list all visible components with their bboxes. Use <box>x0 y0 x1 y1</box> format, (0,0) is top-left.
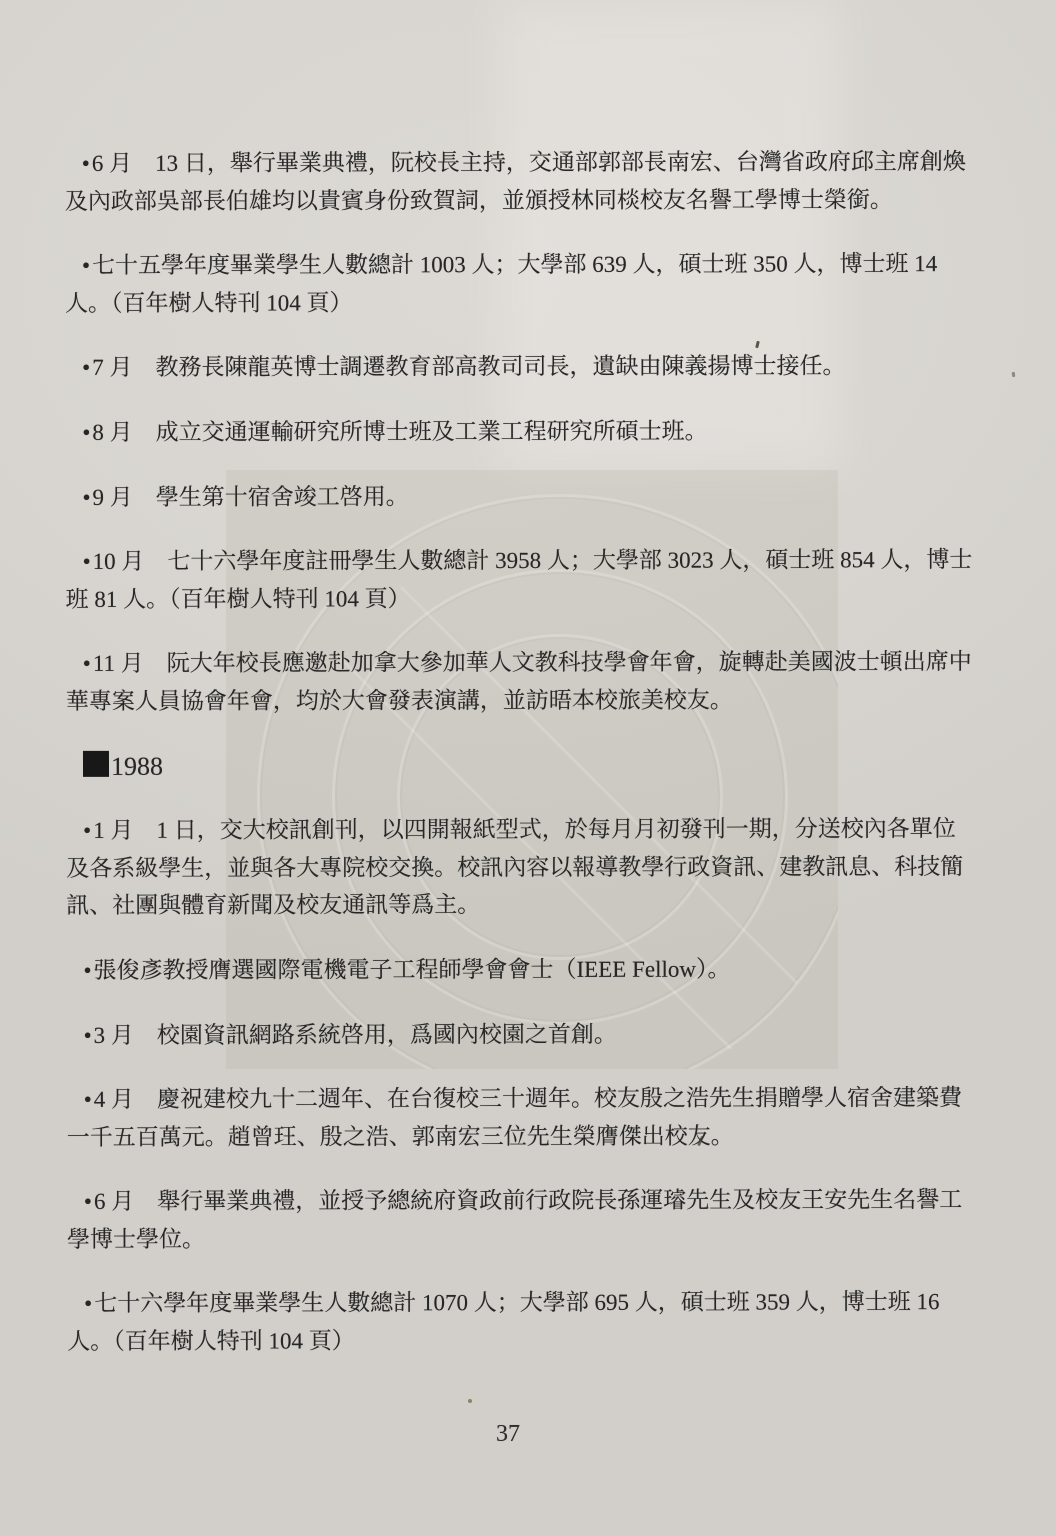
scan-speck <box>468 1399 472 1403</box>
bullet-marker-icon: • <box>83 651 91 676</box>
entry-text: 七十六學年度畢業學生人數總計 1070 人；大學部 695 人，碩士班 359 … <box>67 1290 939 1354</box>
bullet-marker-icon: • <box>83 958 91 983</box>
bullet-marker-icon: • <box>82 484 90 509</box>
page-number: 37 <box>458 1421 558 1448</box>
bullet-marker-icon: • <box>82 151 90 176</box>
chronology-entry: •6 月 13 日，舉行畢業典禮，阮校長主持，交通部郭部長南宏、台灣省政府邱主席… <box>65 143 973 220</box>
bullet-marker-icon: • <box>82 355 90 380</box>
chronology-entry: •4 月 慶祝建校九十二週年、在台復校三十週年。校友殷之浩先生捐贈學人宿舍建築費… <box>67 1079 975 1156</box>
chronology-entry: •七十六學年度畢業學生人數總計 1070 人；大學部 695 人，碩士班 359… <box>67 1284 975 1361</box>
bullet-marker-icon: • <box>84 1291 92 1316</box>
year-heading: 1988 <box>66 746 974 785</box>
bullet-marker-icon: • <box>83 818 91 843</box>
entry-text: 七十五學年度畢業學生人數總計 1003 人；大學部 639 人，碩士班 350 … <box>65 251 937 315</box>
bullet-marker-icon: • <box>84 1189 92 1214</box>
chronology-entry: •11 月 阮大年校長應邀赴加拿大參加華人文教科技學會年會，旋轉赴美國波士頓出席… <box>66 643 974 720</box>
entry-text: 10 月 七十六學年度註冊學生人數總計 3958 人；大學部 3023 人，碩士… <box>66 547 973 611</box>
bullet-marker-icon: • <box>84 1087 92 1112</box>
bullet-marker-icon: • <box>82 420 90 445</box>
bullet-marker-icon: • <box>83 549 91 574</box>
chronology-entry: •七十五學年度畢業學生人數總計 1003 人；大學部 639 人，碩士班 350… <box>65 245 973 322</box>
entry-text: 8 月 成立交通運輸研究所博士班及工業工程研究所碩士班。 <box>92 419 707 445</box>
chronology-entry: •1 月 1 日，交大校訊創刊，以四開報紙型式，於每月月初發刊一期，分送校內各單… <box>66 810 974 925</box>
chronology-text: •6 月 13 日，舉行畢業典禮，阮校長主持，交通部郭部長南宏、台灣省政府邱主席… <box>65 143 976 1388</box>
entry-text: 6 月 舉行畢業典禮，並授予總統府資政前行政院長孫運璿先生及校友王安先生名譽工學… <box>67 1187 962 1251</box>
scan-speck <box>1012 372 1016 377</box>
chronology-entry: •10 月 七十六學年度註冊學生人數總計 3958 人；大學部 3023 人，碩… <box>66 541 974 618</box>
chronology-entry: •7 月 教務長陳龍英博士調遷教育部高教司司長，遺缺由陳義揚博士接任。 <box>65 347 973 386</box>
bullet-marker-icon: • <box>84 1022 92 1047</box>
bullet-marker-icon: • <box>82 253 90 278</box>
chronology-entry: •8 月 成立交通運輸研究所博士班及工業工程研究所碩士班。 <box>65 412 973 451</box>
chronology-entry: •3 月 校園資訊網路系統啓用，爲國內校園之首創。 <box>67 1015 975 1054</box>
entry-text: 7 月 教務長陳龍英博士調遷教育部高教司司長，遺缺由陳義揚博士接任。 <box>92 354 845 381</box>
entry-text: 6 月 13 日，舉行畢業典禮，阮校長主持，交通部郭部長南宏、台灣省政府邱主席創… <box>65 149 966 213</box>
scanned-document-page: •6 月 13 日，舉行畢業典禮，阮校長主持，交通部郭部長南宏、台灣省政府邱主席… <box>0 0 1056 1536</box>
entry-text: 3 月 校園資訊網路系統啓用，爲國內校園之首創。 <box>94 1021 617 1047</box>
entry-text: 9 月 學生第十宿舍竣工啓用。 <box>92 484 408 510</box>
entry-text: 1 月 1 日，交大校訊創刊，以四開報紙型式，於每月月初發刊一期，分送校內各單位… <box>66 816 963 918</box>
chronology-entry: •6 月 舉行畢業典禮，並授予總統府資政前行政院長孫運璿先生及校友王安先生名譽工… <box>67 1181 975 1258</box>
chronology-entry: •9 月 學生第十宿舍竣工啓用。 <box>65 477 973 516</box>
entry-text: 11 月 阮大年校長應邀赴加拿大參加華人文教科技學會年會，旋轉赴美國波士頓出席中… <box>66 649 972 713</box>
chronology-entry: •張俊彥教授膺選國際電機電子工程師學會會士（IEEE Fellow）。 <box>66 950 974 989</box>
entry-text: 4 月 慶祝建校九十二週年、在台復校三十週年。校友殷之浩先生捐贈學人宿舍建築費一… <box>67 1085 962 1149</box>
year-label: 1988 <box>111 751 163 780</box>
entry-text: 張俊彥教授膺選國際電機電子工程師學會會士（IEEE Fellow）。 <box>93 956 730 982</box>
year-marker-square-icon <box>83 750 109 776</box>
